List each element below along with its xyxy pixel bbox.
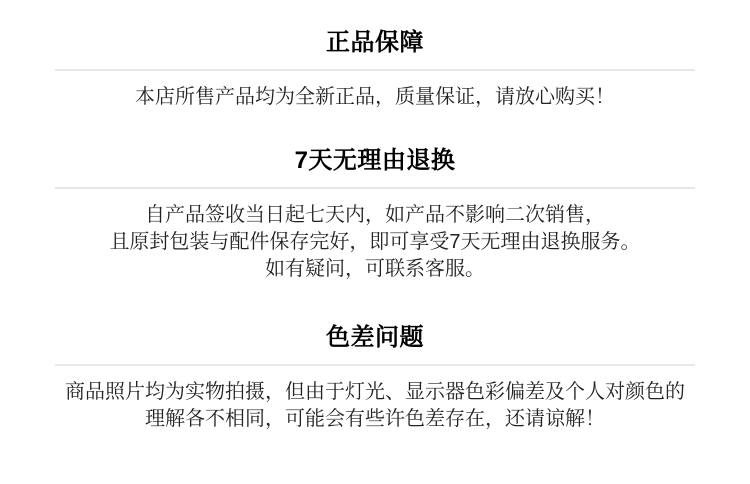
section-authenticity-guarantee: 正品保障 本店所售产品均为全新正品，质量保证，请放心购买！	[0, 30, 750, 111]
body-line: 且原封包装与配件保存完好，即可享受7天无理由退换服务。	[0, 229, 750, 256]
color-difference-text: 商品照片均为实物拍摄，但由于灯光、显示器色彩偏差及个人对颜色的 理解各不相同，可…	[0, 379, 750, 433]
authenticity-guarantee-title: 正品保障	[0, 30, 750, 55]
return-policy-title: 7天无理由退换	[0, 148, 750, 173]
section-7day-return-policy: 7天无理由退换 自产品签收当日起七天内，如产品不影响二次销售， 且原封包装与配件…	[0, 148, 750, 283]
return-policy-text: 自产品签收当日起七天内，如产品不影响二次销售， 且原封包装与配件保存完好，即可享…	[0, 202, 750, 283]
divider-line	[55, 364, 695, 366]
body-line: 商品照片均为实物拍摄，但由于灯光、显示器色彩偏差及个人对颜色的	[0, 379, 750, 406]
color-difference-title: 色差问题	[0, 325, 750, 350]
body-line: 自产品签收当日起七天内，如产品不影响二次销售，	[0, 202, 750, 229]
body-line: 如有疑问，可联系客服。	[0, 256, 750, 283]
section-color-difference-notice: 色差问题 商品照片均为实物拍摄，但由于灯光、显示器色彩偏差及个人对颜色的 理解各…	[0, 325, 750, 433]
body-line: 本店所售产品均为全新正品，质量保证，请放心购买！	[0, 84, 750, 111]
divider-line	[55, 69, 695, 71]
product-guarantee-info-panel: 正品保障 本店所售产品均为全新正品，质量保证，请放心购买！ 7天无理由退换 自产…	[0, 0, 750, 484]
divider-line	[55, 187, 695, 189]
authenticity-guarantee-text: 本店所售产品均为全新正品，质量保证，请放心购买！	[0, 84, 750, 111]
body-line: 理解各不相同，可能会有些许色差存在，还请谅解！	[0, 406, 750, 433]
